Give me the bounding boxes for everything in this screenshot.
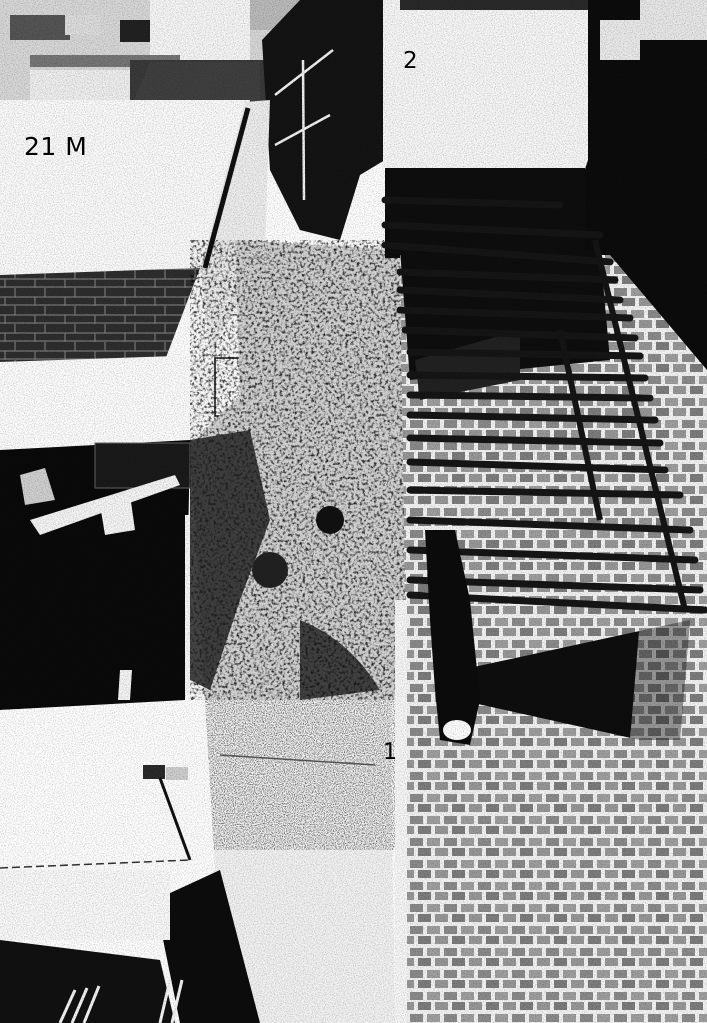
- building-label: 21 M: [24, 134, 87, 159]
- marker-label-1: 1: [383, 742, 397, 764]
- aerial-street-photo: [0, 0, 707, 1023]
- marker-label-2: 2: [403, 50, 418, 73]
